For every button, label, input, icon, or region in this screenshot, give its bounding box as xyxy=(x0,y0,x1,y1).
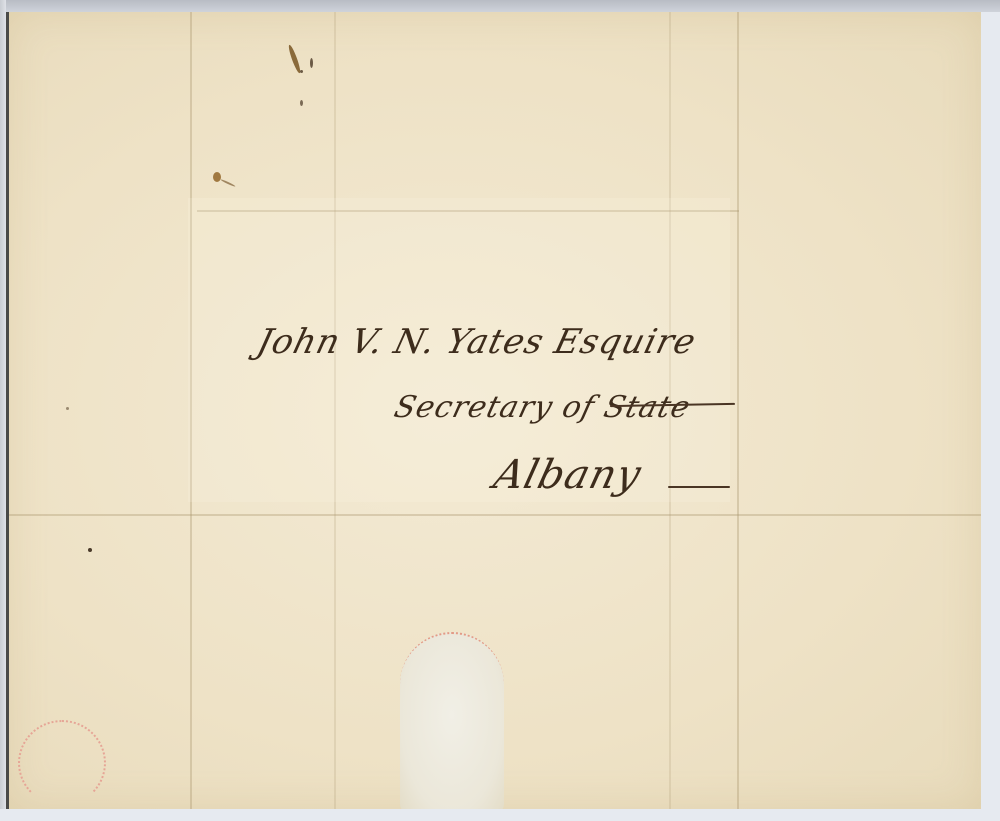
ink-dot xyxy=(66,407,69,410)
fold-line-horizontal-bottom xyxy=(9,514,981,516)
wax-seal-remnant xyxy=(400,632,504,814)
ink-dot xyxy=(300,100,303,106)
red-seal-trace xyxy=(18,720,106,806)
scan-background-bottom xyxy=(0,809,1000,821)
ink-blot xyxy=(213,172,221,182)
ink-dot xyxy=(88,548,92,552)
scan-background-top xyxy=(0,0,1000,12)
recipient-title: Secretary of State xyxy=(391,390,695,425)
recipient-name: John V. N. Yates Esquire xyxy=(253,322,700,362)
ink-dot xyxy=(300,70,303,73)
fold-line-vertical-4 xyxy=(737,12,739,809)
city-flourish xyxy=(668,486,730,488)
recipient-city: Albany xyxy=(489,452,646,498)
ink-dot xyxy=(310,58,313,68)
